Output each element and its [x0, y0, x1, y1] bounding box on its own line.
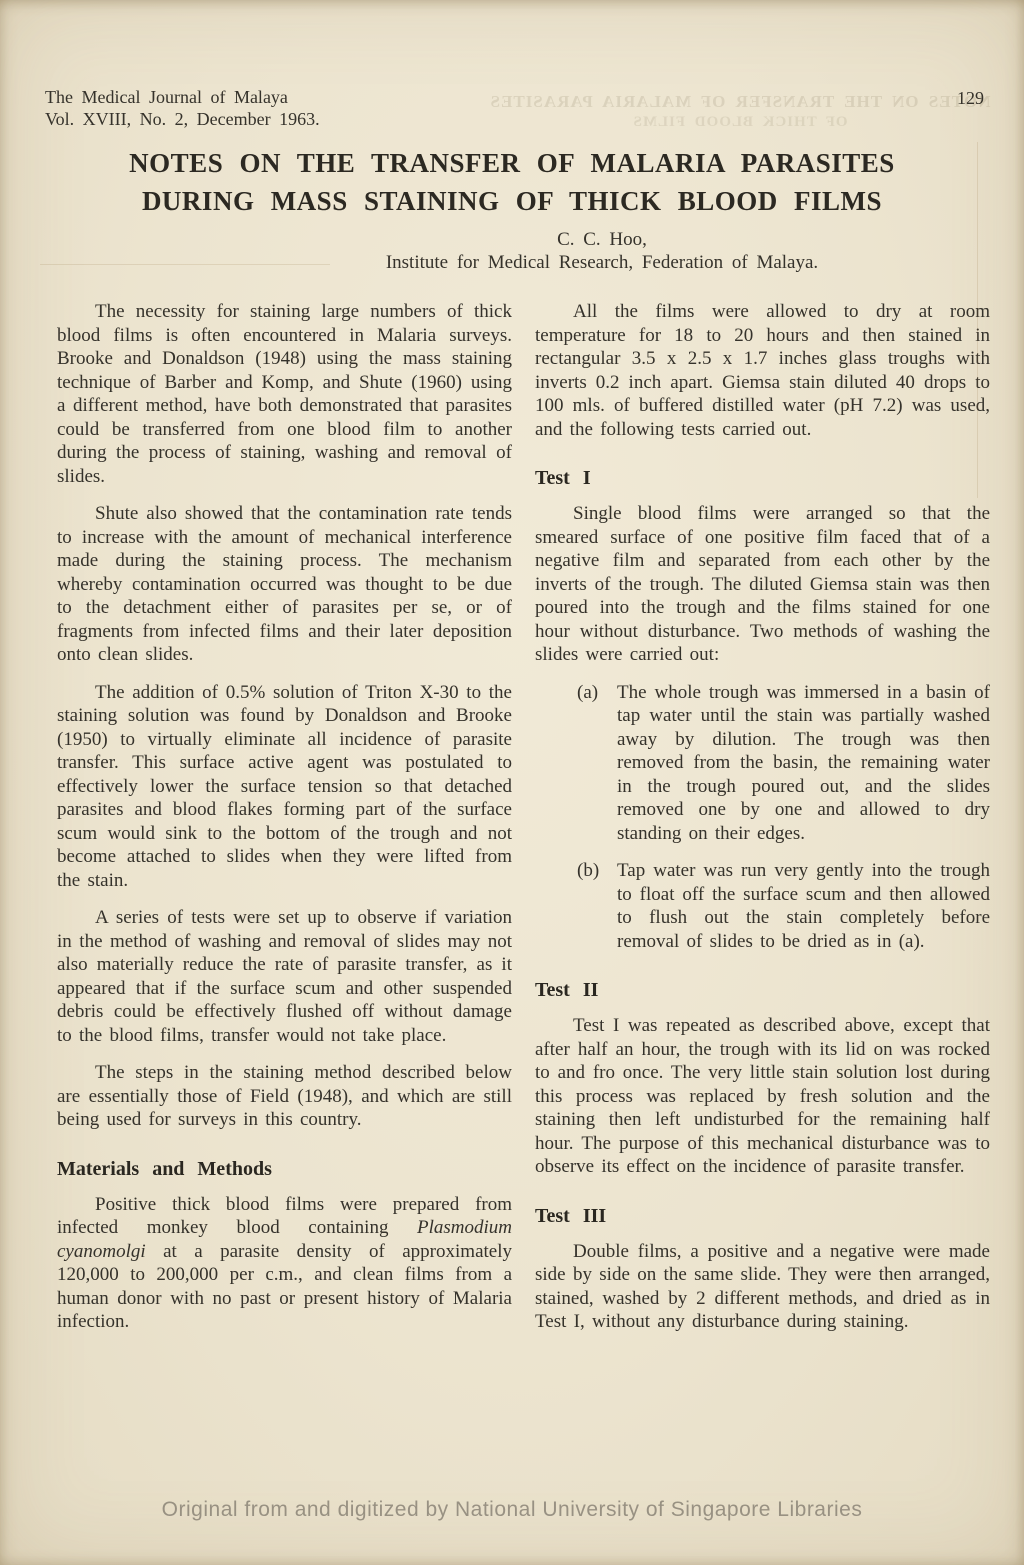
- article-title-line2: DURING MASS STAINING OF THICK BLOOD FILM…: [0, 182, 1024, 220]
- article-title: NOTES ON THE TRANSFER OF MALARIA PARASIT…: [0, 144, 1024, 220]
- list-item-a-text: The whole trough was immersed in a basin…: [617, 681, 990, 846]
- journal-volume-date: Vol. XVIII, No. 2, December 1963.: [45, 108, 320, 130]
- left-column: The necessity for staining large numbers…: [57, 300, 512, 1348]
- digitization-watermark: Original from and digitized by National …: [0, 1498, 1024, 1522]
- page-number: 129: [957, 86, 984, 109]
- list-item-a-marker: (a): [577, 681, 617, 846]
- heading-materials-and-methods: Materials and Methods: [57, 1158, 512, 1181]
- list-item-a: (a) The whole trough was immersed in a b…: [577, 681, 990, 846]
- list-item-b: (b) Tap water was run very gently into t…: [577, 859, 990, 953]
- heading-test-1: Test I: [535, 467, 990, 490]
- right-column: All the films were allowed to dry at roo…: [535, 300, 990, 1348]
- paragraph-shute: Shute also showed that the contamination…: [57, 502, 512, 667]
- article-title-line1: NOTES ON THE TRANSFER OF MALARIA PARASIT…: [0, 144, 1024, 182]
- paragraph-materials: Positive thick blood films were prepared…: [57, 1193, 512, 1334]
- paragraph-triton: The addition of 0.5% solution of Triton …: [57, 681, 512, 893]
- journal-identification: The Medical Journal of Malaya Vol. XVIII…: [45, 86, 320, 130]
- byline: C. C. Hoo, Institute for Medical Researc…: [0, 228, 1024, 274]
- author-name: C. C. Hoo,: [180, 228, 1024, 251]
- scanned-journal-page: NOTES ON THE TRANSFER OF MALARIA PARASIT…: [0, 0, 1024, 1565]
- paragraph-intro: The necessity for staining large numbers…: [57, 300, 512, 488]
- paragraph-staining-steps: The steps in the staining method describ…: [57, 1061, 512, 1132]
- heading-test-2: Test II: [535, 979, 990, 1002]
- page-header: The Medical Journal of Malaya Vol. XVIII…: [0, 0, 1024, 130]
- heading-test-3: Test III: [535, 1205, 990, 1228]
- author-affiliation: Institute for Medical Research, Federati…: [180, 251, 1024, 274]
- journal-name: The Medical Journal of Malaya: [45, 86, 320, 108]
- paragraph-test-2: Test I was repeated as described above, …: [535, 1014, 990, 1179]
- paragraph-test-1: Single blood films were arranged so that…: [535, 502, 990, 667]
- article-body: The necessity for staining large numbers…: [0, 274, 1024, 1348]
- paragraph-series-of-tests: A series of tests were set up to observe…: [57, 906, 512, 1047]
- list-item-b-text: Tap water was run very gently into the t…: [617, 859, 990, 953]
- paragraph-test-3: Double films, a positive and a negative …: [535, 1240, 990, 1334]
- paragraph-film-drying: All the films were allowed to dry at roo…: [535, 300, 990, 441]
- list-item-b-marker: (b): [577, 859, 617, 953]
